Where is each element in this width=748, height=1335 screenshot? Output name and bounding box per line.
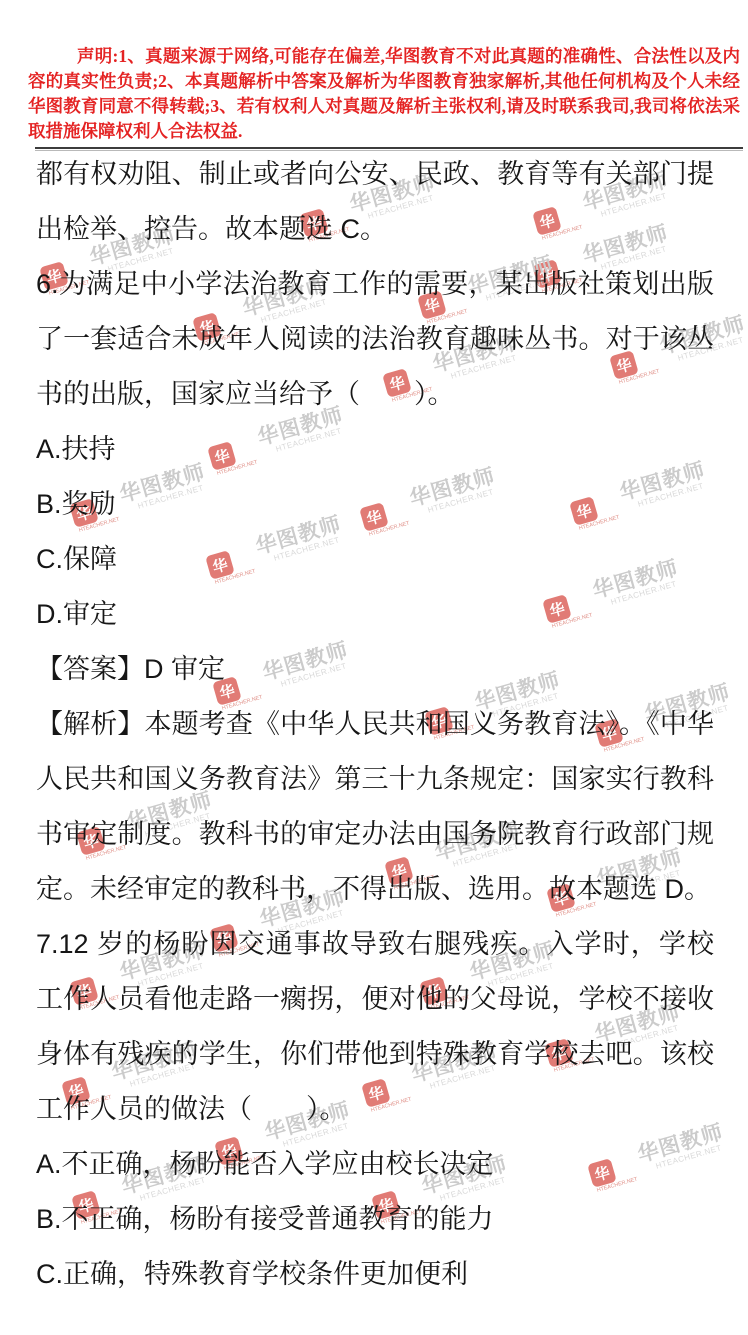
question-7-option-c: C.正确，特殊教育学校条件更加便利 — [36, 1247, 714, 1302]
previous-answer-paragraph: 都有权劝阻、制止或者向公安、民政、教育等有关部门提出检举、控告。故本题选 C。 — [36, 147, 714, 257]
document-body: 都有权劝阻、制止或者向公安、民政、教育等有关部门提出检举、控告。故本题选 C。 … — [36, 147, 714, 1302]
question-6-option-a: A.扶持 — [36, 422, 714, 477]
question-6-analysis: 【解析】本题考查《中华人民共和国义务教育法》。《中华人民共和国义务教育法》第三十… — [36, 697, 714, 917]
question-7-option-a: A.不正确，杨盼能否入学应由校长决定 — [36, 1137, 714, 1192]
question-7-option-b: B.不正确，杨盼有接受普通教育的能力 — [36, 1192, 714, 1247]
question-6-option-c: C.保障 — [36, 532, 714, 587]
question-7-stem: 7.12 岁的杨盼因交通事故导致右腿残疾。入学时，学校工作人员看他走路一瘸拐，便… — [36, 917, 714, 1137]
question-6-answer: 【答案】D 审定 — [36, 642, 714, 697]
question-6-option-b: B.奖励 — [36, 477, 714, 532]
question-6-option-d: D.审定 — [36, 587, 714, 642]
document-page: 华HTEACHER.NET华图教师HTEACHER.NET华HTEACHER.N… — [0, 0, 748, 1335]
disclaimer-notice: 声明:1、真题来源于网络,可能存在偏差,华图教育不对此真题的准确性、合法性以及内… — [28, 44, 740, 144]
question-6-stem: 6.为满足中小学法治教育工作的需要，某出版社策划出版了一套适合未成年人阅读的法治… — [36, 257, 714, 422]
